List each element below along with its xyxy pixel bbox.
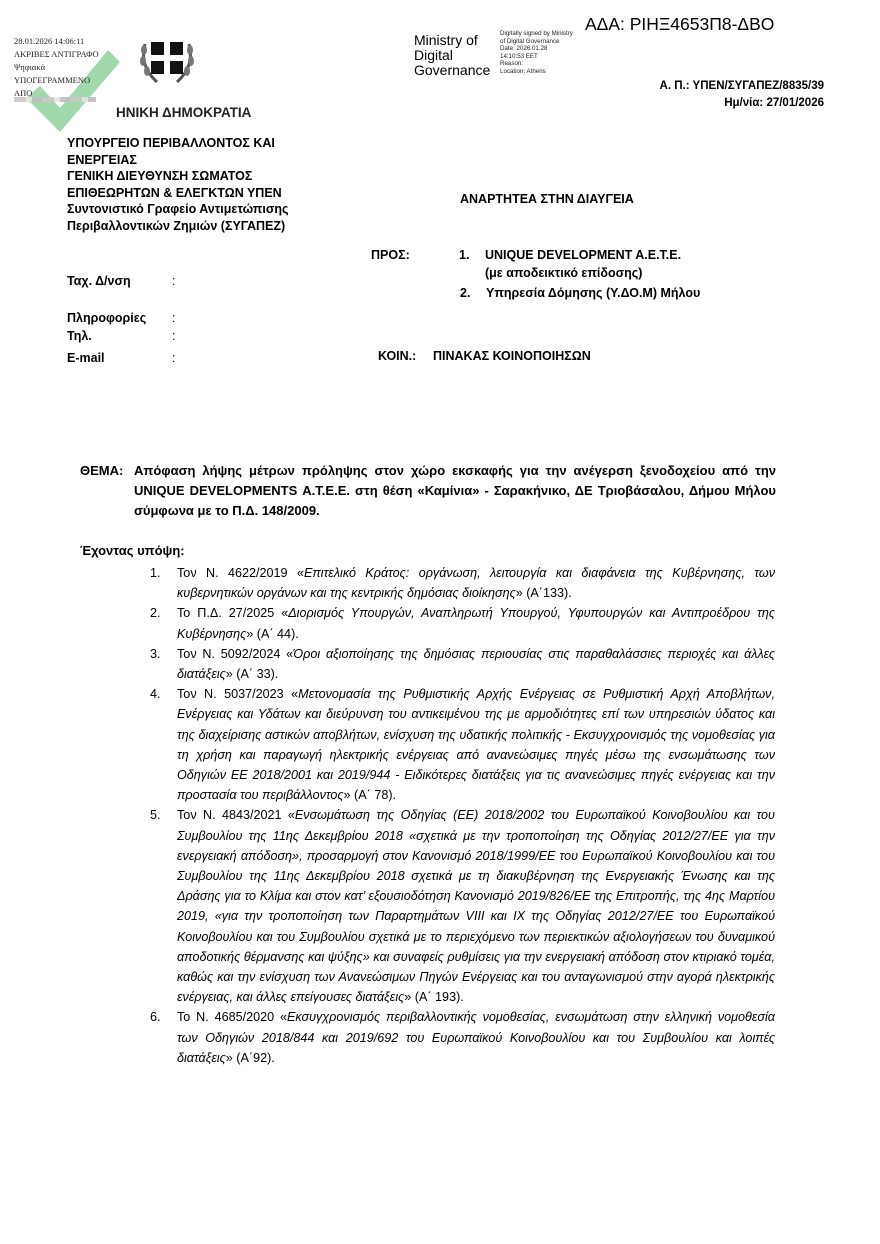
list-item: 4.Τον Ν. 5037/2023 «Μετονομασία της Ρυθμ… <box>150 684 775 805</box>
recipient-item: 2.Υπηρεσία Δόμησης (Υ.ΔΟ.Μ) Μήλου <box>460 286 700 300</box>
ada-code: ΑΔΑ: ΡΙΗΞ4653Π8-ΔΒΟ <box>585 14 774 35</box>
signer-line: Digital <box>414 48 490 63</box>
list-item: 2.Το Π.Δ. 27/2025 «Διορισμός Υπουργών, Α… <box>150 603 775 643</box>
item-title: Μετονομασία της Ρυθμιστικής Αρχής Ενέργε… <box>177 687 775 802</box>
sender-line: ΕΠΙΘΕΩΡΗΤΩΝ & ΕΛΕΓΚΤΩΝ ΥΠΕΝ <box>67 185 289 202</box>
stamp-line: Ψηφιακά <box>14 61 99 74</box>
list-item: 3.Τον Ν. 5092/2024 «Όροι αξιοποίησης της… <box>150 644 775 684</box>
phone-label: Τηλ. <box>67 329 92 343</box>
stamp-line: ΑΚΡΙΒΕΣ ΑΝΤΙΓΡΑΦΟ <box>14 48 99 61</box>
item-prefix: Τον Ν. 4622/2019 « <box>177 566 304 580</box>
signer-line: Governance <box>414 63 490 78</box>
recipient-name: Υπηρεσία Δόμησης (Υ.ΔΟ.Μ) Μήλου <box>486 286 700 300</box>
item-suffix: » (Α΄ 44). <box>246 627 299 641</box>
recipient-number: 1. <box>459 248 485 262</box>
item-suffix: » (Α΄92). <box>226 1051 275 1065</box>
item-prefix: Τον Ν. 5037/2023 « <box>177 687 298 701</box>
recipients-label: ΠΡΟΣ: <box>371 248 410 262</box>
recipient-name: UNIQUE DEVELOPMENT A.E.T.E. <box>485 248 681 262</box>
signature-detail: Date: 2026.01.28 <box>500 45 573 53</box>
subject-label: ΘΕΜΑ: <box>80 461 123 481</box>
signature-details: Digitally signed by Ministry of Digital … <box>500 30 573 76</box>
protocol-number: Α. Π.: ΥΠΕΝ/ΣΥΓΑΠΕΖ/8835/39 <box>660 80 824 92</box>
legal-references-list: 1.Τον Ν. 4622/2019 «Επιτελικό Κράτος: ορ… <box>150 563 775 1068</box>
list-item: 6.Το Ν. 4685/2020 «Εκσυγχρονισμός περιβα… <box>150 1007 775 1068</box>
item-number: 5. <box>150 805 161 825</box>
item-prefix: Το Π.Δ. 27/2025 « <box>177 606 288 620</box>
item-suffix: » (Α΄133). <box>516 586 572 600</box>
redacted-signer <box>14 97 96 102</box>
recipient-number: 2. <box>460 286 486 300</box>
item-number: 6. <box>150 1007 161 1027</box>
signature-detail: of Digital Governance <box>500 38 573 46</box>
sender-line: ΕΝΕΡΓΕΙΑΣ <box>67 152 289 169</box>
subject-text: Απόφαση λήψης μέτρων πρόληψης στον χώρο … <box>134 461 776 521</box>
signature-detail: Digitally signed by Ministry <box>500 30 573 38</box>
sender-line: ΥΠΟΥΡΓΕΙΟ ΠΕΡΙΒΑΛΛΟΝΤΟΣ ΚΑΙ <box>67 135 289 152</box>
item-prefix: Τον Ν. 4843/2021 « <box>177 808 295 822</box>
sender-line: Συντονιστικό Γραφείο Αντιμετώπισης <box>67 201 289 218</box>
recipient-note: (με αποδεικτικό επίδοσης) <box>485 266 642 280</box>
item-prefix: Τον Ν. 5092/2024 « <box>177 647 293 661</box>
sender-line: ΓΕΝΙΚΗ ΔΙΕΥΘΥΝΣΗ ΣΩΜΑΤΟΣ <box>67 168 289 185</box>
item-suffix: » (Α΄ 33). <box>226 667 279 681</box>
email-value: : <box>172 351 175 365</box>
list-item: 1.Τον Ν. 4622/2019 «Επιτελικό Κράτος: ορ… <box>150 563 775 603</box>
recipient-item: 1.UNIQUE DEVELOPMENT A.E.T.E. <box>459 248 681 262</box>
phone-value: : <box>172 329 175 343</box>
signature-detail: Reason: <box>500 60 573 68</box>
signer-line: Ministry of <box>414 33 490 48</box>
item-number: 2. <box>150 603 161 623</box>
item-number: 1. <box>150 563 161 583</box>
digital-copy-stamp: 28.01.2026 14:06:11 ΑΚΡΙΒΕΣ ΑΝΤΙΓΡΑΦΟ Ψη… <box>14 35 99 100</box>
document-date: Ημ/νία: 27/01/2026 <box>724 97 824 109</box>
signature-detail: Location: Athens <box>500 68 573 76</box>
item-suffix: » (Α΄ 193). <box>404 990 464 1004</box>
info-label: Πληροφορίες <box>67 311 146 325</box>
item-prefix: Το Ν. 4685/2020 « <box>177 1010 287 1024</box>
greek-coat-of-arms-icon <box>135 36 199 88</box>
signer-name: Ministry of Digital Governance <box>414 33 490 78</box>
info-value: : <box>172 311 175 325</box>
subject: ΘΕΜΑ: Απόφαση λήψης μέτρων πρόληψης στον… <box>80 461 776 521</box>
sender-block: ΥΠΟΥΡΓΕΙΟ ΠΕΡΙΒΑΛΛΟΝΤΟΣ ΚΑΙ ΕΝΕΡΓΕΙΑΣ ΓΕ… <box>67 135 289 234</box>
item-suffix: » (Α΄ 78). <box>344 788 397 802</box>
stamp-line: ΥΠΟΓΕΓΡΑΜΜΕΝΟ <box>14 74 99 87</box>
item-title: Ενσωμάτωση της Οδηγίας (ΕΕ) 2018/2002 το… <box>177 808 775 1004</box>
cc-label: ΚΟΙΝ.: <box>378 349 416 363</box>
address-value: : <box>172 274 175 288</box>
signature-detail: 14:10:53 EET <box>500 53 573 61</box>
email-label: E-mail <box>67 351 105 365</box>
republic-label: ΗΝΙΚΗ ΔΗΜΟΚΡΑΤΙΑ <box>116 105 251 120</box>
having-regard-title: Έχοντας υπόψη: <box>80 543 185 558</box>
cc-value: ΠΙΝΑΚΑΣ ΚΟΙΝΟΠΟΙΗΣΩΝ <box>433 349 591 363</box>
publish-notice: ΑΝΑΡΤΗΤΕΑ ΣΤΗΝ ΔΙΑΥΓΕΙΑ <box>460 192 634 206</box>
list-item: 5.Τον Ν. 4843/2021 «Ενσωμάτωση της Οδηγί… <box>150 805 775 1007</box>
address-label: Ταχ. Δ/νση <box>67 274 131 288</box>
stamp-line: 28.01.2026 14:06:11 <box>14 35 99 48</box>
sender-line: Περιβαλλοντικών Ζημιών (ΣΥΓΑΠΕΖ) <box>67 218 289 235</box>
item-number: 4. <box>150 684 161 704</box>
item-number: 3. <box>150 644 161 664</box>
